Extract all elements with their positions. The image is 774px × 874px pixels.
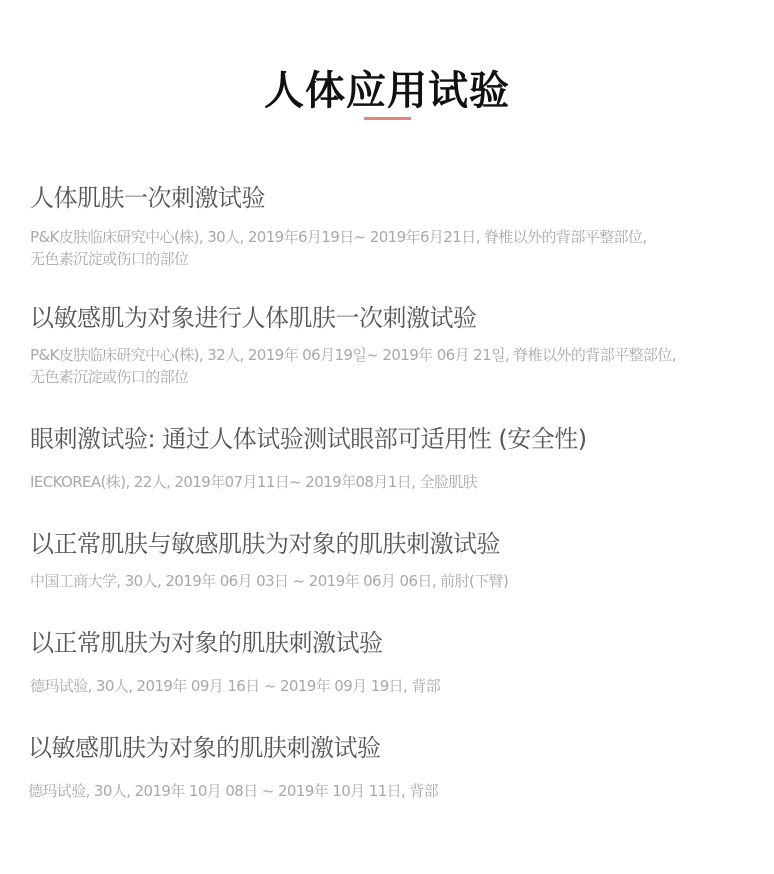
test-title: 以敏感肌肤为对象的肌肤刺激试验 xyxy=(28,732,748,764)
test-detail: 德玛试验, 30人, 2019年 09月 16日 ~ 2019年 09月 19日… xyxy=(30,675,750,697)
page-title: 人体应用试验 xyxy=(0,65,774,117)
test-detail: P&K皮肤临床研究中心(株), 30人, 2019年6月19日~ 2019年6月… xyxy=(30,226,750,248)
test-detail-continued: 无色素沉淀或伤口的部位 xyxy=(30,366,750,388)
test-item: 以敏感肌肤为对象的肌肤刺激试验 德玛试验, 30人, 2019年 10月 08日… xyxy=(28,732,748,802)
test-detail: 德玛试验, 30人, 2019年 10月 08日 ~ 2019年 10月 11日… xyxy=(28,780,748,802)
test-title: 眼刺激试验: 通过人体试验测试眼部可适用性 (安全性) xyxy=(30,423,750,455)
test-item: 人体肌肤一次刺激试验 P&K皮肤临床研究中心(株), 30人, 2019年6月1… xyxy=(30,182,750,270)
test-detail-continued: 无色素沉淀或伤口的部位 xyxy=(30,248,750,270)
title-accent-divider xyxy=(364,117,411,120)
test-detail: 中国工商大学, 30人, 2019年 06月 03日 ~ 2019年 06月 0… xyxy=(30,570,750,592)
test-detail: P&K皮肤临床研究中心(株), 32人, 2019年 06月19일~ 2019年… xyxy=(30,344,750,366)
test-item: 以正常肌肤为对象的肌肤刺激试验 德玛试验, 30人, 2019年 09月 16日… xyxy=(30,627,750,697)
test-item: 眼刺激试验: 通过人体试验测试眼部可适用性 (安全性) IECKOREA(株),… xyxy=(30,423,750,493)
test-title: 以正常肌肤与敏感肌肤为对象的肌肤刺激试验 xyxy=(30,528,750,560)
test-detail: IECKOREA(株), 22人, 2019年07月11日~ 2019年08月1… xyxy=(30,471,750,493)
test-item: 以正常肌肤与敏感肌肤为对象的肌肤刺激试验 中国工商大学, 30人, 2019年 … xyxy=(30,528,750,592)
test-title: 以正常肌肤为对象的肌肤刺激试验 xyxy=(30,627,750,659)
test-title: 人体肌肤一次刺激试验 xyxy=(30,182,750,214)
test-item: 以敏感肌为对象进行人体肌肤一次刺激试验 P&K皮肤临床研究中心(株), 32人,… xyxy=(30,302,750,388)
test-title: 以敏感肌为对象进行人体肌肤一次刺激试验 xyxy=(30,302,750,334)
